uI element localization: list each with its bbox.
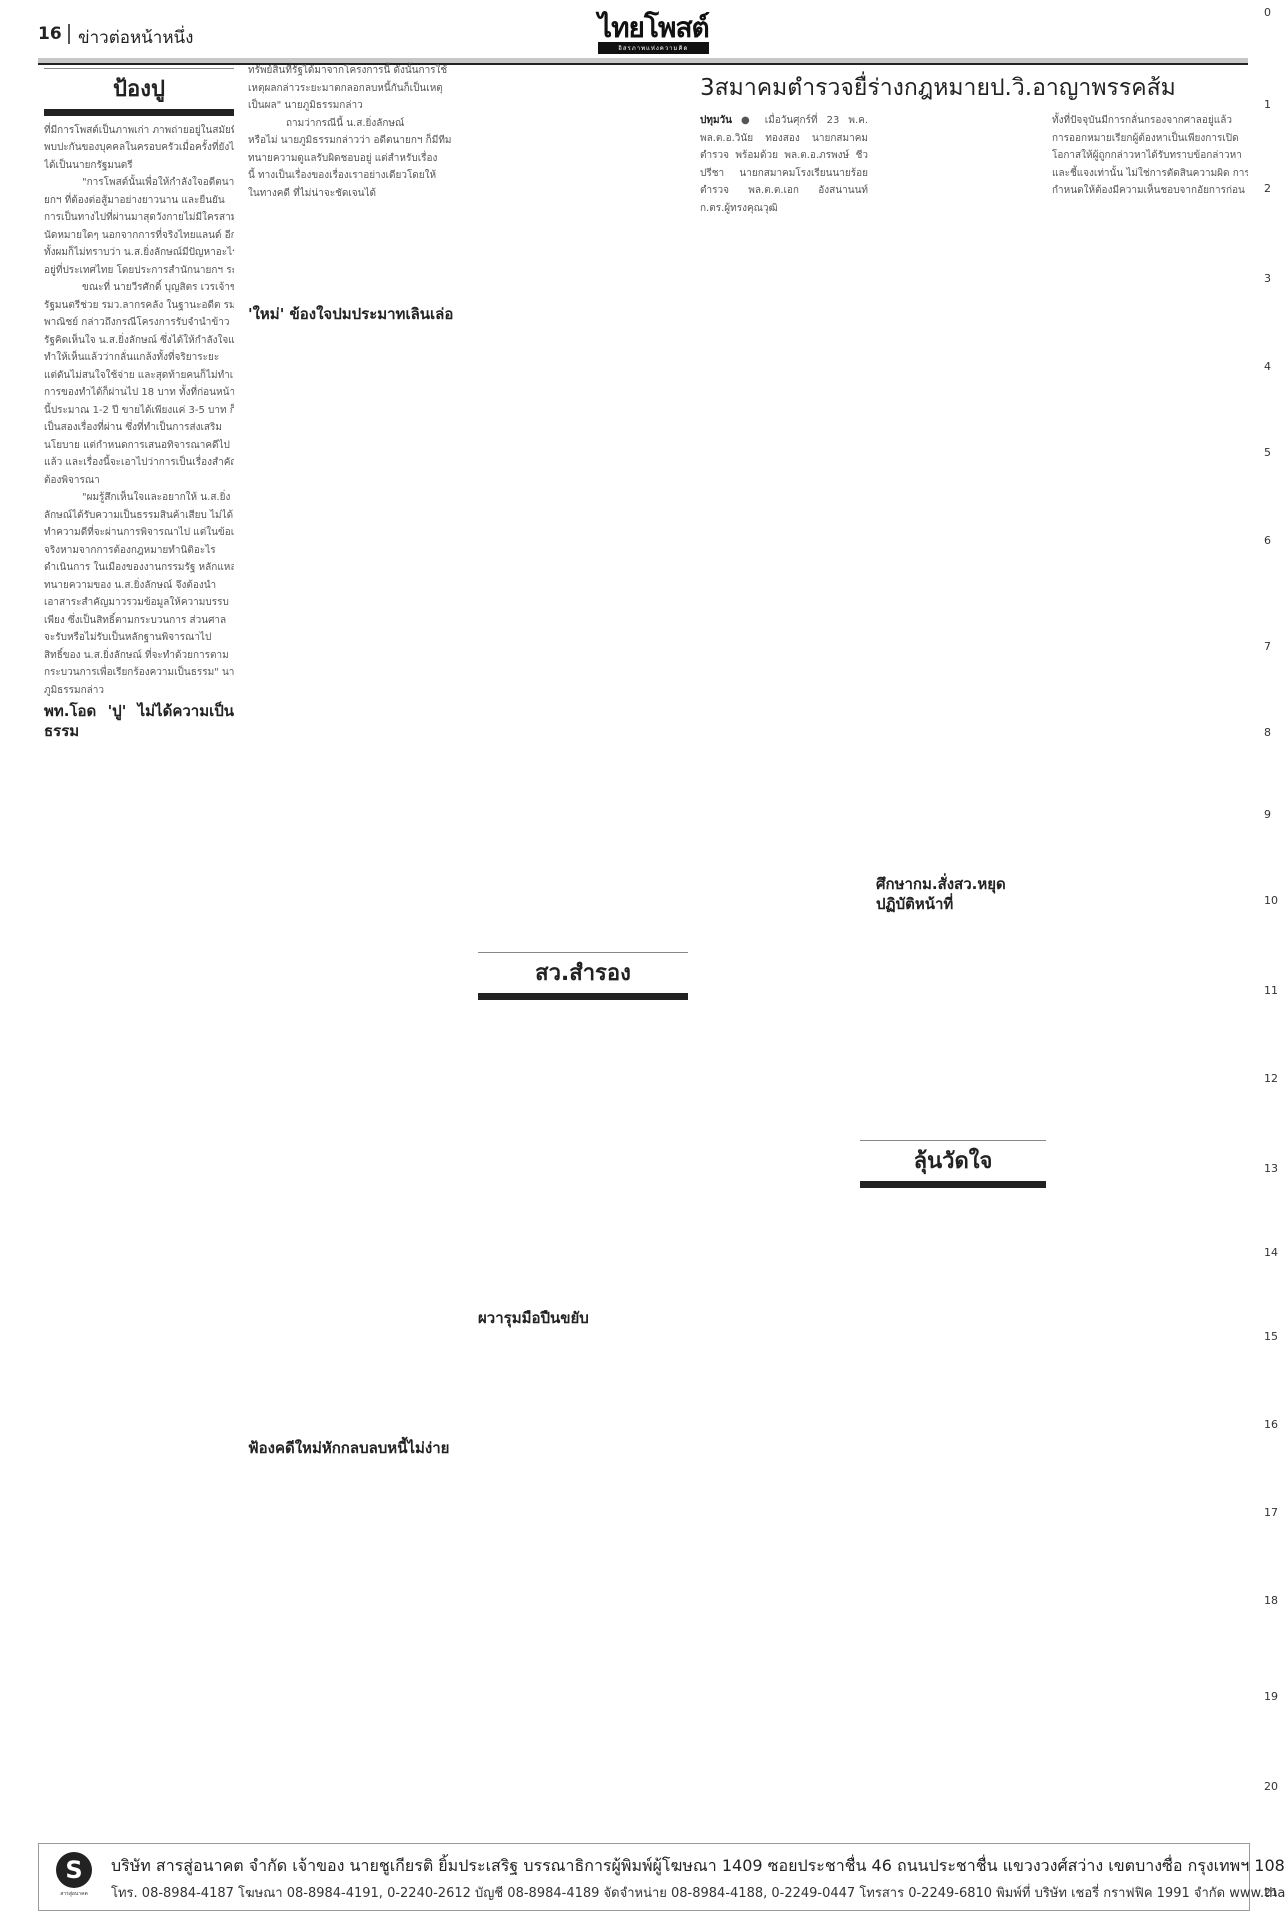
text-line: ต้องพิจารณา (44, 472, 234, 490)
ruler-mark: 7 (1264, 640, 1271, 653)
ruler-mark: 18 (1264, 1594, 1278, 1607)
publisher-logo-caption: สารสู่อนาคต (49, 1890, 99, 1898)
body-text-filler (876, 112, 1044, 872)
dateline: ปทุมวัน ● เมื่อวันศุกร์ที่ 23 พ.ค. พล.ต.… (700, 112, 868, 217)
text-line: รัฐมนตรีช่วย รมว.ลากรคลัง ในฐานะอดีต รมว… (44, 297, 234, 315)
text-line: ลักษณ์ได้รับความเป็นธรรมสินค้าเสียบ ไม่ไ… (44, 507, 234, 525)
ruler-mark: 17 (1264, 1506, 1278, 1519)
subheading: ศึกษากม.สั่งสว.หยุดปฏิบัติหน้าที่ (876, 874, 1044, 914)
text-line: นี้ ทางเป็นเรื่องของเรื่องเราอย่างเดียวโ… (248, 167, 466, 185)
ruler-mark: 15 (1264, 1330, 1278, 1343)
ruler-mark: 1 (1264, 98, 1271, 111)
body-text-filler (478, 1006, 688, 1306)
column-2: ทรัพย์สินที่รัฐได้มาจากโครงการนี้ ดังนั้… (248, 62, 466, 1822)
body-text-filler (248, 326, 466, 1436)
text-line: ภูมิธรรมกล่าว (44, 682, 234, 700)
text-line: โอกาสให้ผู้ถูกกล่าวหาได้รับทราบข้อกล่าวห… (1052, 147, 1248, 165)
ruler-mark: 2 (1264, 182, 1271, 195)
box-lun-wat-jai: ลุ้นวัดใจ (860, 1140, 1046, 1200)
ruler-mark: 4 (1264, 360, 1271, 373)
ruler-mark: 16 (1264, 1418, 1278, 1431)
text-line: กำหนดให้ต้องมีความเห็นชอบจากอัยการก่อน (1052, 182, 1248, 200)
text-line: เอาสาระสำคัญมาวรวมข้อมูลให้ความบรรบ (44, 594, 234, 612)
text-line: ทำให้เห็นแล้วว่ากลั่นแกล้งทั้งที่จริยาระ… (44, 349, 234, 367)
ruler-mark: 11 (1264, 984, 1278, 997)
ruler-mark: 10 (1264, 894, 1278, 907)
text-line: ทั้งที่ปัจจุบันมีการกลั่นกรองจากศาลอยู่แ… (1052, 112, 1248, 130)
column-1: ป้องปู ที่มีการโพสต์เป็นภาพเก่า ภาพถ่ายอ… (44, 68, 234, 1828)
masthead: 16 ข่าวต่อหน้าหนึ่ง ไทยโพสต์ อิสรภาพแห่ง… (38, 18, 1248, 52)
text-line: ทรัพย์สินที่รัฐได้มาจากโครงการนี้ ดังนั้… (248, 62, 466, 80)
column-4: ปทุมวัน ● เมื่อวันศุกร์ที่ 23 พ.ค. พล.ต.… (700, 112, 868, 1812)
column-6: ทั้งที่ปัจจุบันมีการกลั่นกรองจากศาลอยู่แ… (1052, 112, 1248, 1812)
ruler-mark: 12 (1264, 1072, 1278, 1085)
ruler-mark: 5 (1264, 446, 1271, 459)
footer-line-2: โทร. 08-8984-4187 โฆษณา 08-8984-4191, 0-… (111, 1882, 1286, 1903)
box-heading-lun-wat-jai: ลุ้นวัดใจ (860, 1140, 1046, 1188)
text-line: แต่ดันไม่สนใจใช้จ่าย และสุดท้ายคนก็ไม่ทำ… (44, 367, 234, 385)
ruler-mark: 20 (1264, 1780, 1278, 1793)
publisher-logo-icon: S (56, 1852, 92, 1888)
text-line: แล้ว และเรื่องนี้จะเอาไปว่าการเป็นเรื่อง… (44, 454, 234, 472)
text-line: นโยบาย แต่กำหนดการเสนอทิจารณาคดีไป (44, 437, 234, 455)
body-text-filler (248, 202, 466, 302)
text-line: ยกฯ ที่ต้องต่อสู้มาอย่างยาวนาน และยืนยัน (44, 192, 234, 210)
text-line: การของทำได้ก็ผ่านไป 18 บาท ทั้งที่ก่อนหน… (44, 384, 234, 402)
ruler-mark: 6 (1264, 534, 1271, 547)
text-line: อยู่ที่ประเทศไทย โดยประการสำนักนายกฯ ระบ… (44, 262, 234, 280)
text-line: การเป็นทางไปที่ผ่านมาสุดวังกายไม่มีใครสา… (44, 209, 234, 227)
text-line: สิทธิ์ของ น.ส.ยิ่งลักษณ์ ที่จะทำด้วยการต… (44, 647, 234, 665)
ruler-mark: 19 (1264, 1690, 1278, 1703)
text-line: เพียง ซึ่งเป็นสิทธิ์ตามกระบวนการ ส่วนศาล (44, 612, 234, 630)
text-line: จริงหามจากการต้องกฎหมายทำนิติอะไร (44, 542, 234, 560)
text-line: รัฐคิดเห็นใจ น.ส.ยิ่งลักษณ์ ซึ่งได้ให้กำ… (44, 332, 234, 350)
column-3: สว.สำรอง ผวารุมมือปืนขยับ (478, 62, 688, 1822)
text-line: ทนายความของ น.ส.ยิ่งลักษณ์ จึงต้องนำ (44, 577, 234, 595)
text-line: ถามว่ากรณีนี้ น.ส.ยิ่งลักษณ์ (248, 115, 466, 133)
ruler-mark: 3 (1264, 272, 1271, 285)
subheading: 'ใหม่' ข้องใจปมประมาทเลินเล่อ (248, 304, 466, 324)
box-heading-sor-wor-samrong: สว.สำรอง (478, 952, 688, 1000)
subheading: ผวารุมมือปืนขยับ (478, 1308, 688, 1328)
text-line: ทนายความดูแลรับผิดชอบอยู่ แต่สำหรับเรื่อ… (248, 150, 466, 168)
text-line: ดำเนินการ ในเมืองของงานกรรมรัฐ หลักแหล่ง (44, 559, 234, 577)
text-line: จะรับหรือไม่รับเป็นหลักฐานพิจารณาไป (44, 629, 234, 647)
dateline-place: ปทุมวัน (700, 115, 732, 126)
footer-imprint: S สารสู่อนาคต บริษัท สารสู่อนาคต จำกัด เ… (38, 1843, 1250, 1911)
subheading: พท.โอด 'ปู' ไม่ได้ความเป็นธรรม (44, 701, 234, 741)
text-line: ได้เป็นนายกรัฐมนตรี (44, 157, 234, 175)
publisher-logo: S สารสู่อนาคต (49, 1852, 99, 1898)
page-number: 16 (38, 24, 70, 44)
text-line: นัดหมายใดๆ นอกจากการที่จริงไทยแลนด์ อีก (44, 227, 234, 245)
text-line: ทั้งผมก็ไม่ทราบว่า น.ส.ยิ่งลักษณ์มีปัญหา… (44, 244, 234, 262)
text-line: เป็นสองเรื่องที่ผ่าน ซึ่งที่ทำเป็นการส่ง… (44, 419, 234, 437)
ruler-mark: 9 (1264, 808, 1271, 821)
footer-line-1: บริษัท สารสู่อนาคต จำกัด เจ้าของ นายชูเก… (111, 1854, 1286, 1879)
text-line: การออกหมายเรียกผู้ต้องหาเป็นเพียงการเปิด (1052, 130, 1248, 148)
text-line: ขณะที่ นายวีรศักดิ์ บุญสิตร เวรเจ้าขนาย (44, 279, 234, 297)
text-line: นี้ประมาณ 1-2 ปี ขายได้เพียงแค่ 3-5 บาท … (44, 402, 234, 420)
text-line: เป็นผล" นายภูมิธรรมกล่าว (248, 97, 466, 115)
page-ruler: 0 1 2 3 4 5 6 7 8 9 10 11 12 13 14 15 16… (1262, 0, 1286, 1920)
text-line: และชี้แจงเท่านั้น ไม่ใช่การตัดสินความผิด… (1052, 165, 1248, 183)
ruler-mark: 13 (1264, 1162, 1278, 1175)
text-line: กระบวนการเพื่อเรียกร้องความเป็นธรรม" นาย (44, 664, 234, 682)
logo-name: ไทยโพสต์ (598, 14, 709, 42)
text-line: "ผมรู้สึกเห็นใจและอยากให้ น.ส.ยิ่ง (44, 489, 234, 507)
text-line: ในทางคดี ที่ไม่น่าจะชัดเจนได้ (248, 185, 466, 203)
column-5: ศึกษากม.สั่งสว.หยุดปฏิบัติหน้าที่ (876, 112, 1044, 1112)
box-heading-pongpu: ป้องปู (44, 68, 234, 116)
thaipost-logo: ไทยโพสต์ อิสรภาพแห่งความคิด (598, 14, 709, 54)
ruler-mark: 8 (1264, 726, 1271, 739)
subheading: ฟ้องคดีใหม่หักกลบลบหนี้ไม่ง่าย (248, 1438, 466, 1458)
text-line: พบปะกันของบุคคลในครอบครัวเมื่อครั้งที่ยั… (44, 139, 234, 157)
section-title: ข่าวต่อหน้าหนึ่ง (78, 24, 193, 51)
text-line: เหตุผลกล่าวระยะมาตกลอกลบหนี้กันก็เป็นเหต… (248, 80, 466, 98)
text-line: "การโพสต์นั้นเพื่อให้กำลังใจอดีตนา (44, 174, 234, 192)
newspaper-page: 16 ข่าวต่อหน้าหนึ่ง ไทยโพสต์ อิสรภาพแห่ง… (0, 0, 1286, 1920)
ruler-mark: 14 (1264, 1246, 1278, 1259)
body-text-filler (478, 62, 688, 952)
text-line: ที่มีการโพสต์เป็นภาพเก่า ภาพถ่ายอยู่ในสม… (44, 122, 234, 140)
text-line: ทำความดีที่จะผ่านการพิจารณาไป แต่ในข้อเท… (44, 524, 234, 542)
headline: 3สมาคมตำรวจยื่ร่างกฎหมายป.วิ.อาญาพรรคส้ม (700, 70, 1176, 106)
ruler-mark: 0 (1264, 6, 1271, 19)
text-line: พาณิชย์ กล่าวถึงกรณีโครงการรับจำนำข้าว (44, 314, 234, 332)
dateline-text: ● เมื่อวันศุกร์ที่ 23 พ.ค. พล.ต.อ.วินัย … (700, 115, 868, 214)
text-line: หรือไม่ นายภูมิธรรมกล่าวว่า อดีตนายกฯ ก็… (248, 132, 466, 150)
